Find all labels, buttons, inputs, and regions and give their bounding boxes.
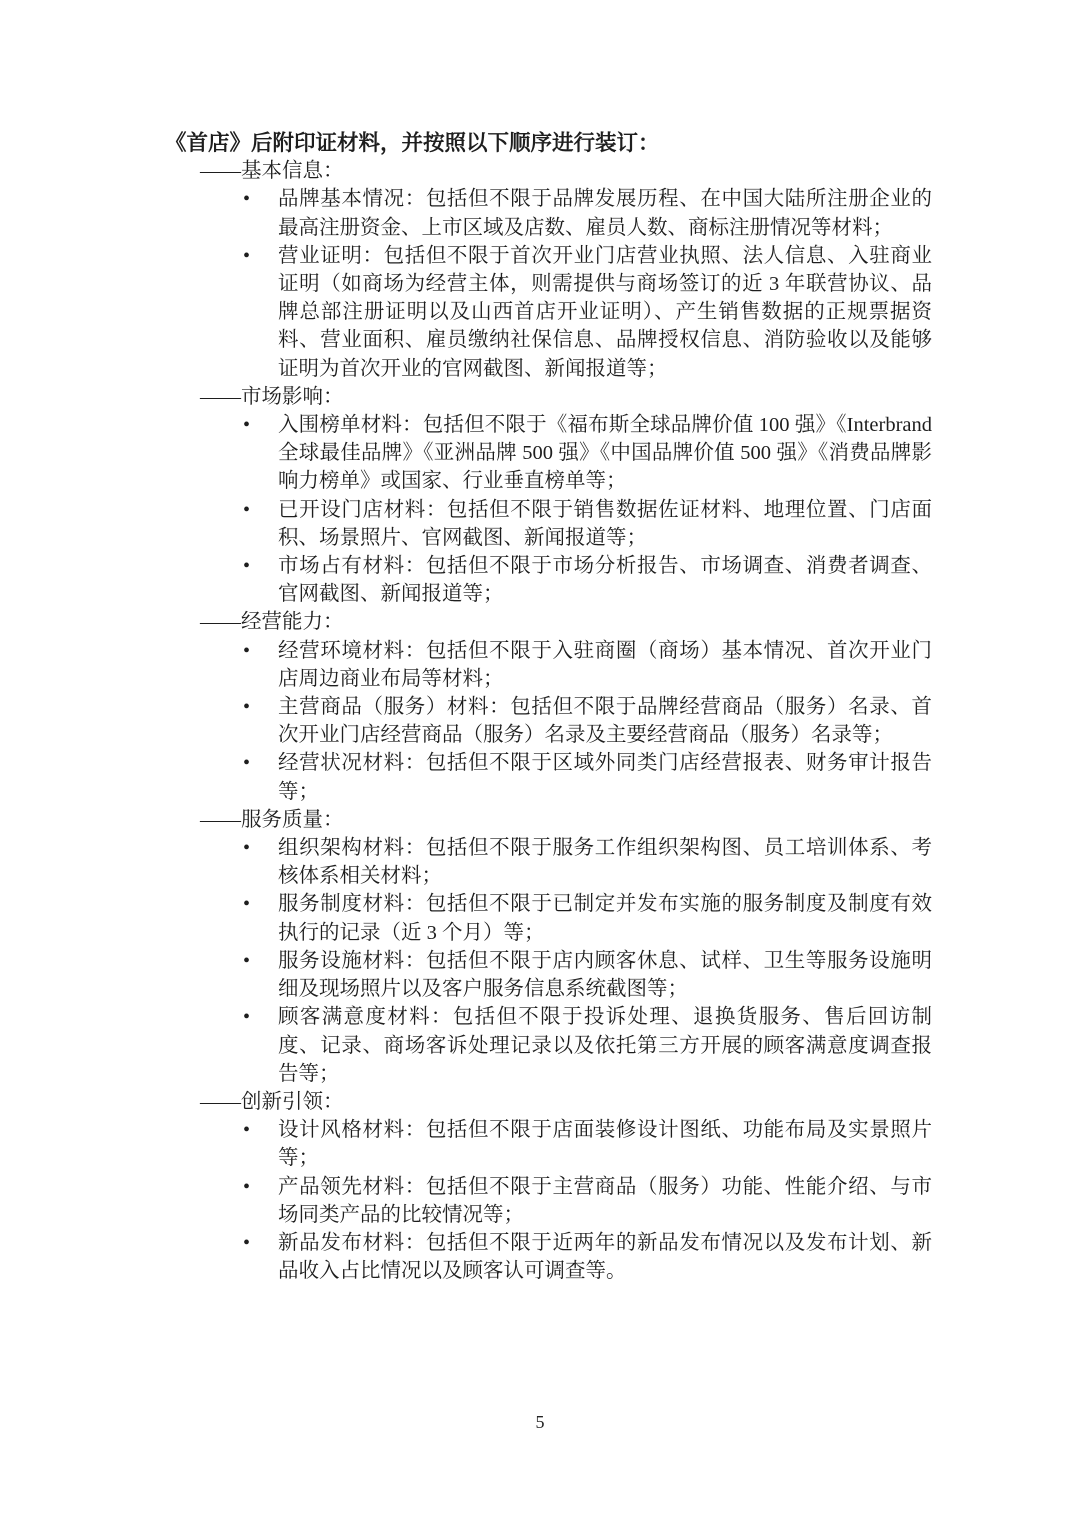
bullet-icon: •	[243, 834, 250, 862]
page-number-label: 5	[0, 1412, 1080, 1433]
bullet-item: • 组织架构材料：包括但不限于服务工作组织架构图、员工培训体系、考核体系相关材料…	[165, 834, 932, 890]
bullet-list: • 组织架构材料：包括但不限于服务工作组织架构图、员工培训体系、考核体系相关材料…	[165, 834, 932, 1088]
section-heading: ——创新引领：	[165, 1088, 932, 1116]
bullet-item: • 营业证明：包括但不限于首次开业门店营业执照、法人信息、入驻商业证明（如商场为…	[165, 242, 932, 383]
bullet-item: • 设计风格材料：包括但不限于店面装修设计图纸、功能布局及实景照片等；	[165, 1116, 932, 1172]
bullet-item: • 入围榜单材料：包括但不限于《福布斯全球品牌价值 100 强》《Interbr…	[165, 411, 932, 496]
bullet-item: • 已开设门店材料：包括但不限于销售数据佐证材料、地理位置、门店面积、场景照片、…	[165, 496, 932, 552]
bullet-icon: •	[243, 1229, 250, 1257]
bullet-icon: •	[243, 1173, 250, 1201]
bullet-item-text: 经营状况材料：包括但不限于区域外同类门店经营报表、财务审计报告等；	[278, 752, 932, 802]
bullet-item-text: 经营环境材料：包括但不限于入驻商圈（商场）基本情况、首次开业门店周边商业布局等材…	[278, 640, 932, 690]
document-section: ——基本信息： • 品牌基本情况：包括但不限于品牌发展历程、在中国大陆所注册企业…	[165, 157, 932, 383]
bullet-list: • 品牌基本情况：包括但不限于品牌发展历程、在中国大陆所注册企业的最高注册资金、…	[165, 185, 932, 382]
bullet-item-text: 市场占有材料：包括但不限于市场分析报告、市场调查、消费者调查、官网截图、新闻报道…	[278, 555, 932, 605]
sections-container: ——基本信息： • 品牌基本情况：包括但不限于品牌发展历程、在中国大陆所注册企业…	[165, 157, 932, 1285]
bullet-icon: •	[243, 1003, 250, 1031]
bullet-icon: •	[243, 552, 250, 580]
bullet-item: • 市场占有材料：包括但不限于市场分析报告、市场调查、消费者调查、官网截图、新闻…	[165, 552, 932, 608]
section-heading: ——经营能力：	[165, 608, 932, 636]
bullet-item-text: 品牌基本情况：包括但不限于品牌发展历程、在中国大陆所注册企业的最高注册资金、上市…	[278, 188, 932, 238]
bullet-item: • 经营状况材料：包括但不限于区域外同类门店经营报表、财务审计报告等；	[165, 749, 932, 805]
bullet-item-text: 入围榜单材料：包括但不限于《福布斯全球品牌价值 100 强》《Interbran…	[278, 414, 932, 492]
document-content: 《首店》后附印证材料，并按照以下顺序进行装订： ——基本信息： • 品牌基本情况…	[165, 129, 932, 1285]
bullet-item-text: 顾客满意度材料：包括但不限于投诉处理、退换货服务、售后回访制度、记录、商场客诉处…	[278, 1006, 932, 1084]
bullet-item: • 经营环境材料：包括但不限于入驻商圈（商场）基本情况、首次开业门店周边商业布局…	[165, 637, 932, 693]
bullet-item: • 顾客满意度材料：包括但不限于投诉处理、退换货服务、售后回访制度、记录、商场客…	[165, 1003, 932, 1088]
bullet-item-text: 营业证明：包括但不限于首次开业门店营业执照、法人信息、入驻商业证明（如商场为经营…	[278, 245, 932, 380]
bullet-icon: •	[243, 693, 250, 721]
bullet-item-text: 新品发布材料：包括但不限于近两年的新品发布情况以及发布计划、新品收入占比情况以及…	[278, 1232, 932, 1282]
bullet-icon: •	[243, 1116, 250, 1144]
bullet-icon: •	[243, 749, 250, 777]
bullet-item-text: 组织架构材料：包括但不限于服务工作组织架构图、员工培训体系、考核体系相关材料；	[278, 837, 932, 887]
bullet-icon: •	[243, 185, 250, 213]
section-heading: ——服务质量：	[165, 806, 932, 834]
bullet-list: • 经营环境材料：包括但不限于入驻商圈（商场）基本情况、首次开业门店周边商业布局…	[165, 637, 932, 806]
bullet-item-text: 服务制度材料：包括但不限于已制定并发布实施的服务制度及制度有效执行的记录（近 3…	[278, 893, 932, 943]
bullet-icon: •	[243, 496, 250, 524]
bullet-icon: •	[243, 947, 250, 975]
bullet-item: • 品牌基本情况：包括但不限于品牌发展历程、在中国大陆所注册企业的最高注册资金、…	[165, 185, 932, 241]
bullet-icon: •	[243, 890, 250, 918]
section-heading: ——基本信息：	[165, 157, 932, 185]
bullet-item: • 服务设施材料：包括但不限于店内顾客休息、试样、卫生等服务设施明细及现场照片以…	[165, 947, 932, 1003]
bullet-item-text: 设计风格材料：包括但不限于店面装修设计图纸、功能布局及实景照片等；	[278, 1119, 932, 1169]
document-title: 《首店》后附印证材料，并按照以下顺序进行装订：	[165, 129, 932, 157]
bullet-item: • 产品领先材料：包括但不限于主营商品（服务）功能、性能介绍、与市场同类产品的比…	[165, 1173, 932, 1229]
bullet-item: • 新品发布材料：包括但不限于近两年的新品发布情况以及发布计划、新品收入占比情况…	[165, 1229, 932, 1285]
document-section: ——创新引领： • 设计风格材料：包括但不限于店面装修设计图纸、功能布局及实景照…	[165, 1088, 932, 1285]
bullet-item-text: 产品领先材料：包括但不限于主营商品（服务）功能、性能介绍、与市场同类产品的比较情…	[278, 1176, 932, 1226]
bullet-item: • 主营商品（服务）材料：包括但不限于品牌经营商品（服务）名录、首次开业门店经营…	[165, 693, 932, 749]
document-section: ——市场影响： • 入围榜单材料：包括但不限于《福布斯全球品牌价值 100 强》…	[165, 383, 932, 609]
bullet-item-text: 已开设门店材料：包括但不限于销售数据佐证材料、地理位置、门店面积、场景照片、官网…	[278, 499, 932, 549]
bullet-icon: •	[243, 637, 250, 665]
bullet-item-text: 主营商品（服务）材料：包括但不限于品牌经营商品（服务）名录、首次开业门店经营商品…	[278, 696, 932, 746]
bullet-list: • 设计风格材料：包括但不限于店面装修设计图纸、功能布局及实景照片等； • 产品…	[165, 1116, 932, 1285]
bullet-item: • 服务制度材料：包括但不限于已制定并发布实施的服务制度及制度有效执行的记录（近…	[165, 890, 932, 946]
bullet-icon: •	[243, 242, 250, 270]
bullet-item-text: 服务设施材料：包括但不限于店内顾客休息、试样、卫生等服务设施明细及现场照片以及客…	[278, 950, 932, 1000]
section-heading: ——市场影响：	[165, 383, 932, 411]
document-section: ——经营能力： • 经营环境材料：包括但不限于入驻商圈（商场）基本情况、首次开业…	[165, 608, 932, 805]
bullet-icon: •	[243, 411, 250, 439]
document-page: 《首店》后附印证材料，并按照以下顺序进行装订： ——基本信息： • 品牌基本情况…	[0, 0, 1080, 1527]
document-section: ——服务质量： • 组织架构材料：包括但不限于服务工作组织架构图、员工培训体系、…	[165, 806, 932, 1088]
bullet-list: • 入围榜单材料：包括但不限于《福布斯全球品牌价值 100 强》《Interbr…	[165, 411, 932, 608]
